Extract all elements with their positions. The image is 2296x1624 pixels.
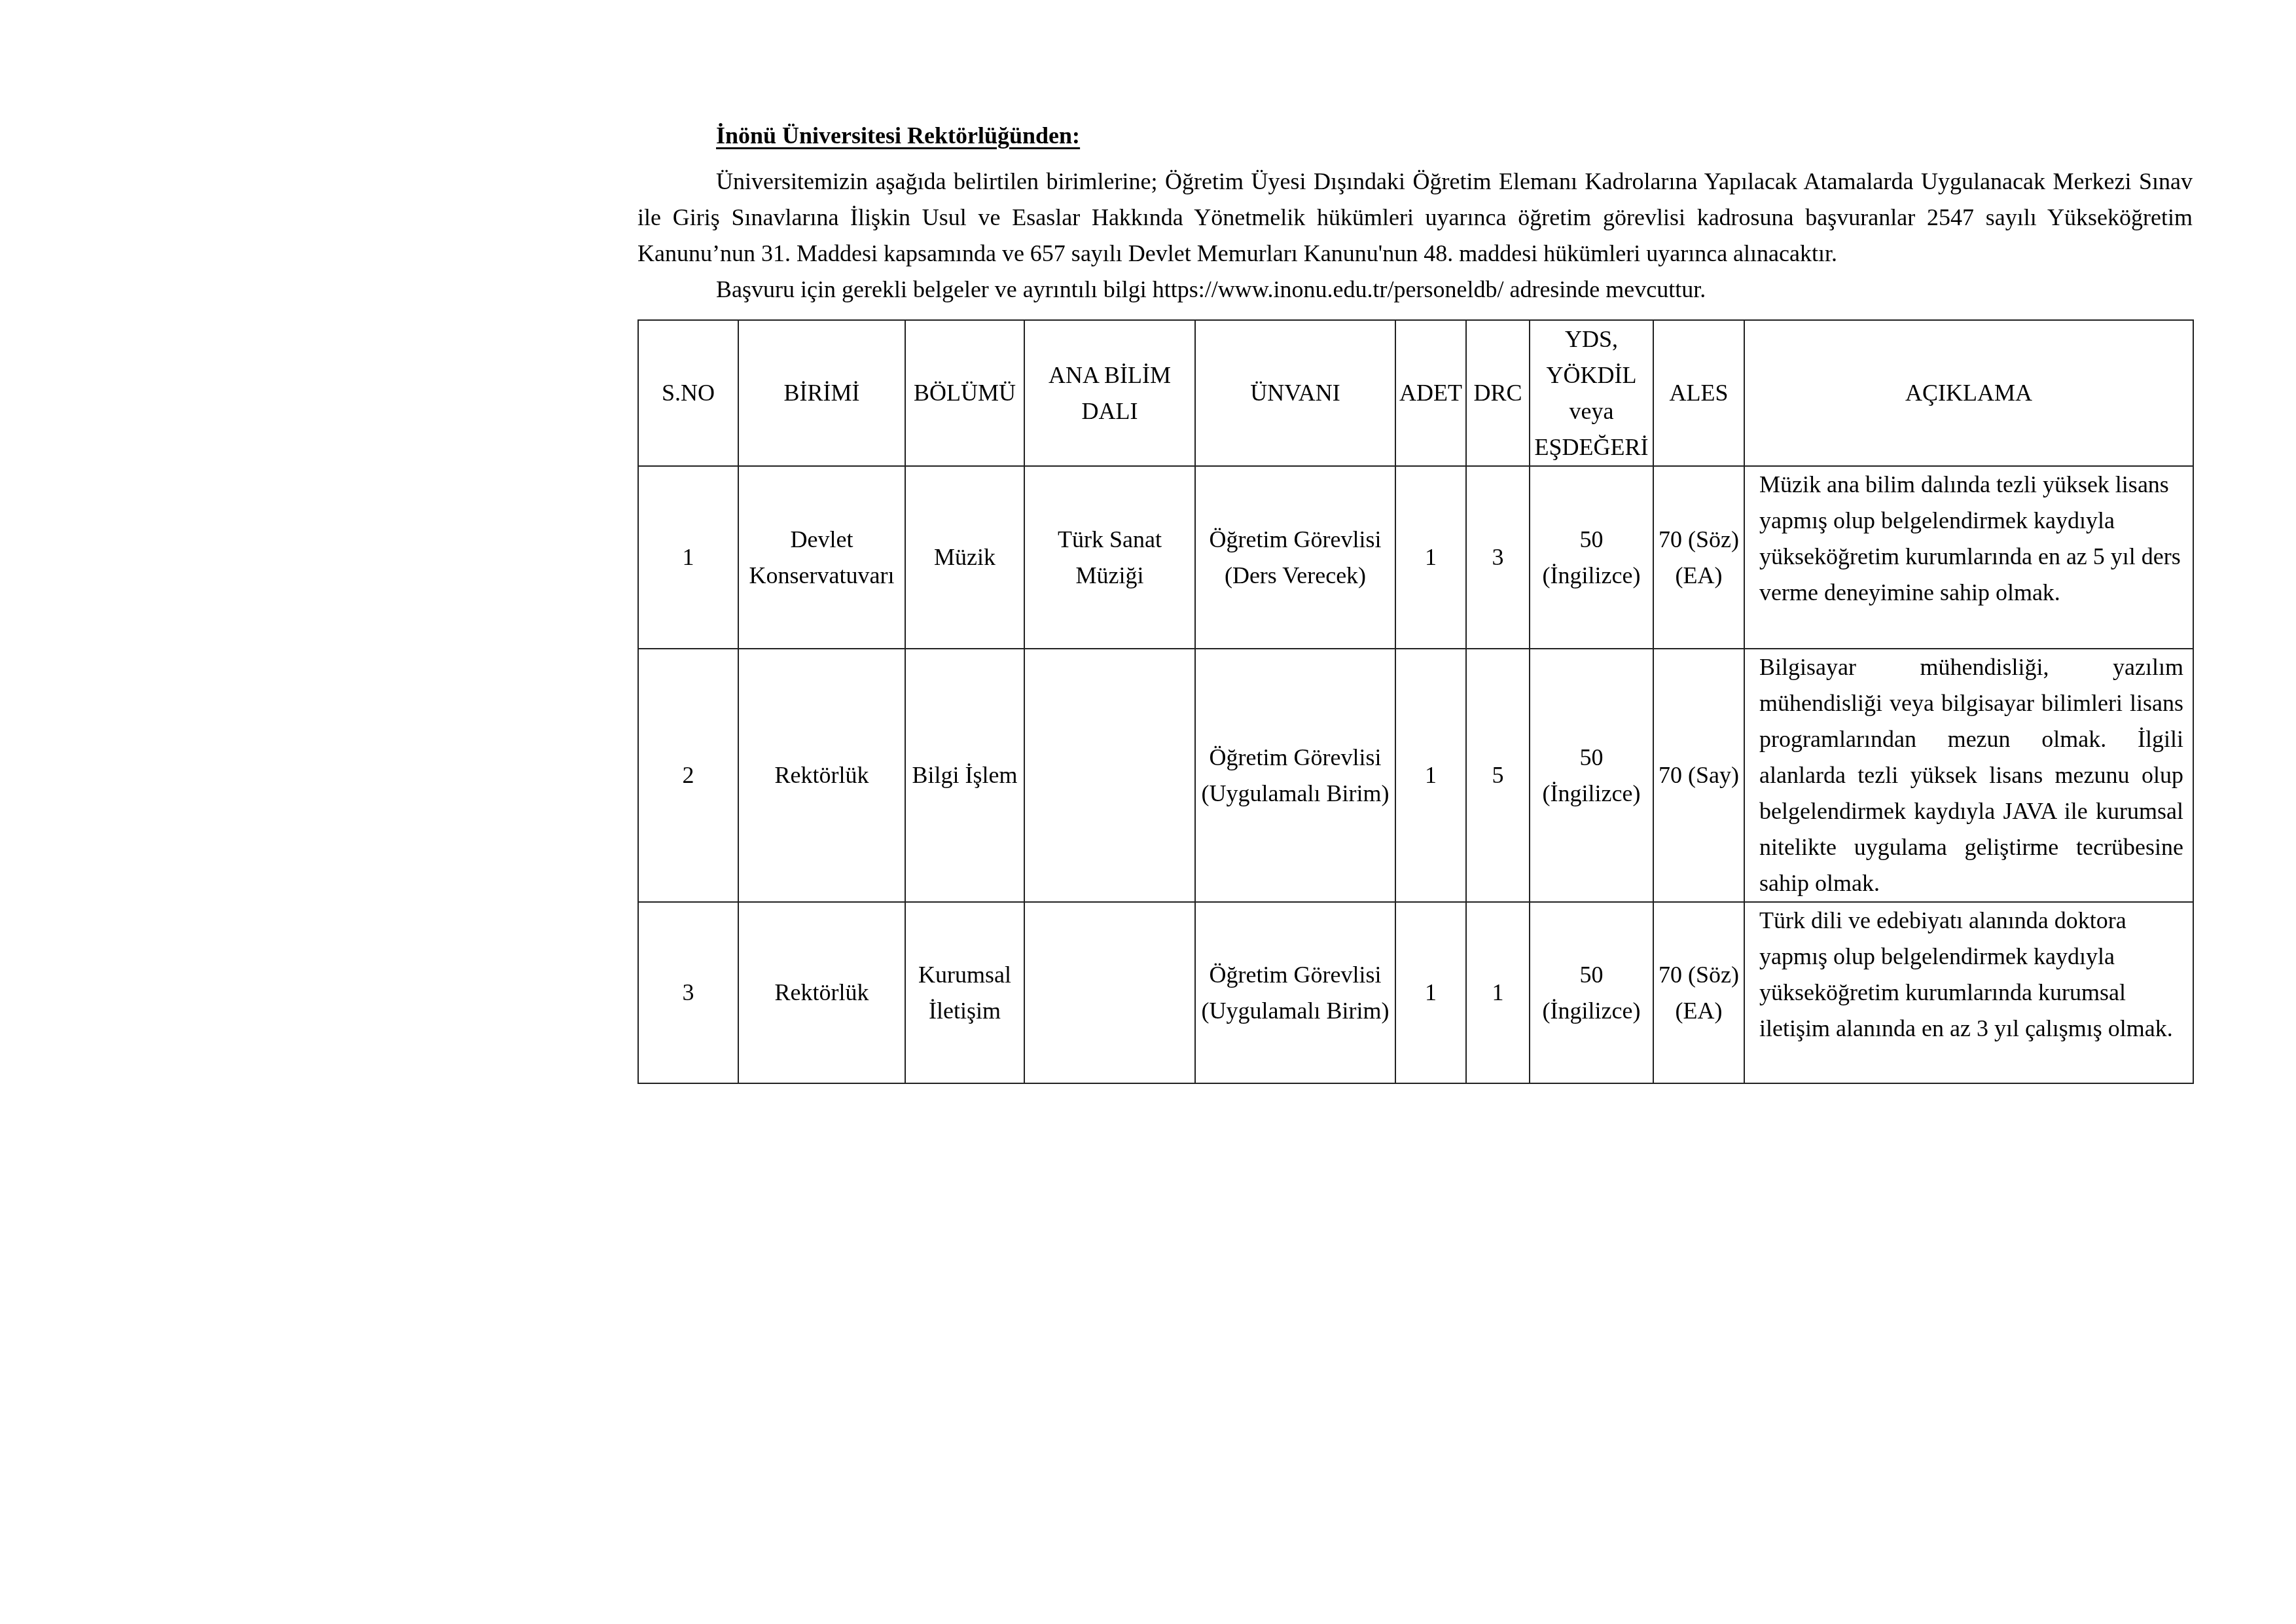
- cell-yds-language: (İngilizce): [1532, 558, 1651, 594]
- header-ales: ALES: [1653, 320, 1744, 466]
- header-ana-bilim-dali: ANA BİLİM DALI: [1024, 320, 1195, 466]
- cell-birimi: Rektörlük: [738, 902, 905, 1083]
- cell-ana-bilim-dali-line2: Müziği: [1026, 558, 1193, 594]
- cell-yds: 50 (İngilizce): [1530, 466, 1653, 649]
- cell-ana-bilim-dali: Türk Sanat Müziği: [1024, 466, 1195, 649]
- header-ana-bilim-dali-line1: ANA BİLİM: [1026, 357, 1193, 393]
- header-bolumu: BÖLÜMÜ: [905, 320, 1024, 466]
- cell-sno: 2: [638, 649, 738, 902]
- cell-ales-score: 70 (Söz): [1655, 522, 1742, 558]
- cell-ales: 70 (Say): [1653, 649, 1744, 902]
- cell-adet: 1: [1395, 649, 1466, 902]
- header-birimi: BİRİMİ: [738, 320, 905, 466]
- cell-ales: 70 (Söz) (EA): [1653, 902, 1744, 1083]
- cell-birimi: Devlet Konservatuvarı: [738, 466, 905, 649]
- cell-unvani: Öğretim Görevlisi (Uygulamalı Birim): [1195, 649, 1395, 902]
- cell-yds-language: (İngilizce): [1532, 993, 1651, 1029]
- header-yds-line1: YDS,: [1532, 321, 1651, 357]
- cell-ales: 70 (Söz) (EA): [1653, 466, 1744, 649]
- cell-yds: 50 (İngilizce): [1530, 649, 1653, 902]
- cell-yds: 50 (İngilizce): [1530, 902, 1653, 1083]
- cell-yds-score: 50: [1532, 957, 1651, 993]
- table-row: 3 Rektörlük Kurumsal İletişim Öğretim Gö…: [638, 902, 2193, 1083]
- header-sno: S.NO: [638, 320, 738, 466]
- cell-birimi-line2: Konservatuvarı: [740, 558, 903, 594]
- cell-aciklama: Bilgisayar mühendisliği, yazılım mühendi…: [1744, 649, 2193, 902]
- cell-birimi: Rektörlük: [738, 649, 905, 902]
- cell-unvani: Öğretim Görevlisi (Ders Verecek): [1195, 466, 1395, 649]
- cell-ales-type: (EA): [1655, 993, 1742, 1029]
- header-aciklama: AÇIKLAMA: [1744, 320, 2193, 466]
- cell-bolumu-line2: İletişim: [907, 993, 1022, 1029]
- cell-sno: 3: [638, 902, 738, 1083]
- header-yds-line2: YÖKDİL: [1532, 357, 1651, 393]
- cell-unvani-line1: Öğretim Görevlisi: [1197, 522, 1393, 558]
- cell-bolumu: Müzik: [905, 466, 1024, 649]
- application-info-paragraph: Başvuru için gerekli belgeler ve ayrıntı…: [637, 272, 2193, 308]
- cell-unvani-line1: Öğretim Görevlisi: [1197, 957, 1393, 993]
- header-yds: YDS, YÖKDİL veya EŞDEĞERİ: [1530, 320, 1653, 466]
- cell-ana-bilim-dali: [1024, 902, 1195, 1083]
- cell-sno: 1: [638, 466, 738, 649]
- cell-aciklama: Türk dili ve edebiyatı alanında doktora …: [1744, 902, 2193, 1083]
- cell-yds-language: (İngilizce): [1532, 776, 1651, 812]
- cell-yds-score: 50: [1532, 522, 1651, 558]
- header-unvani: ÜNVANI: [1195, 320, 1395, 466]
- cell-birimi-line1: Devlet: [740, 522, 903, 558]
- cell-ales-score: 70 (Söz): [1655, 957, 1742, 993]
- header-yds-line4: EŞDEĞERİ: [1532, 429, 1651, 465]
- cell-ana-bilim-dali: [1024, 649, 1195, 902]
- intro-paragraph: Üniversitemizin aşağıda belirtilen birim…: [637, 164, 2193, 272]
- header-ana-bilim-dali-line2: DALI: [1026, 393, 1193, 429]
- cell-drc: 1: [1466, 902, 1530, 1083]
- cell-unvani-line2: (Uygulamalı Birim): [1197, 776, 1393, 812]
- cell-unvani-line2: (Ders Verecek): [1197, 558, 1393, 594]
- cell-adet: 1: [1395, 466, 1466, 649]
- table-row: 2 Rektörlük Bilgi İşlem Öğretim Görevlis…: [638, 649, 2193, 902]
- cell-bolumu: Bilgi İşlem: [905, 649, 1024, 902]
- positions-table: S.NO BİRİMİ BÖLÜMÜ ANA BİLİM DALI ÜNVANI…: [637, 319, 2194, 1084]
- cell-aciklama: Müzik ana bilim dalında tezli yüksek lis…: [1744, 466, 2193, 649]
- cell-ales-type: (EA): [1655, 558, 1742, 594]
- cell-ana-bilim-dali-line1: Türk Sanat: [1026, 522, 1193, 558]
- cell-bolumu-line1: Kurumsal: [907, 957, 1022, 993]
- cell-bolumu: Kurumsal İletişim: [905, 902, 1024, 1083]
- header-drc: DRC: [1466, 320, 1530, 466]
- cell-unvani-line1: Öğretim Görevlisi: [1197, 740, 1393, 776]
- cell-drc: 5: [1466, 649, 1530, 902]
- header-adet: ADET: [1395, 320, 1466, 466]
- cell-unvani-line2: (Uygulamalı Birim): [1197, 993, 1393, 1029]
- cell-yds-score: 50: [1532, 740, 1651, 776]
- table-header-row: S.NO BİRİMİ BÖLÜMÜ ANA BİLİM DALI ÜNVANI…: [638, 320, 2193, 466]
- cell-unvani: Öğretim Görevlisi (Uygulamalı Birim): [1195, 902, 1395, 1083]
- cell-drc: 3: [1466, 466, 1530, 649]
- cell-adet: 1: [1395, 902, 1466, 1083]
- header-yds-line3: veya: [1532, 393, 1651, 429]
- table-row: 1 Devlet Konservatuvarı Müzik Türk Sanat…: [638, 466, 2193, 649]
- notice-title: İnönü Üniversitesi Rektörlüğünden:: [716, 122, 1080, 149]
